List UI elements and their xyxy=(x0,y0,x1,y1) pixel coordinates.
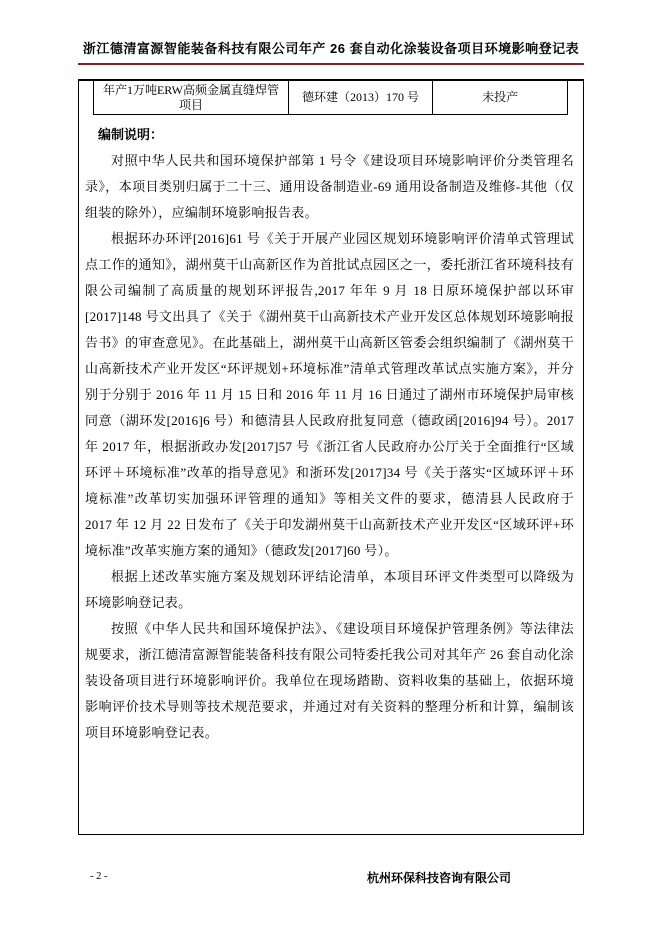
paragraph-downgrade-conclusion: 根据上述改革实施方案及规划环评结论清单，本项目环评文件类型可以降级为环境影响登记… xyxy=(85,564,574,616)
section-heading: 编制说明： xyxy=(85,122,574,148)
cell-production-status: 未投产 xyxy=(432,81,567,114)
paragraph-commission-statement: 按照《中华人民共和国环境保护法》、《建设项目环境保护管理条例》等法律法规要求，浙… xyxy=(85,616,574,746)
compilation-notes-section: 编制说明： 对照中华人民共和国环境保护部第 1 号令《建设项目环境影响评价分类管… xyxy=(79,115,583,746)
page-number: - 2 - xyxy=(90,871,108,882)
cell-project-name: 年产1万吨ERW高频金属直缝焊管项目 xyxy=(94,81,288,114)
paragraph-classification: 对照中华人民共和国环境保护部第 1 号令《建设项目环境影响评价分类管理名录》，本… xyxy=(85,148,574,226)
title-underline-rule xyxy=(78,63,584,65)
cell-approval-doc-number: 德环建（2013）170 号 xyxy=(288,81,432,114)
paragraph-policy-background: 根据环办环评[2016]61 号《关于开展产业园区规划环境影响评价清单式管理试点… xyxy=(85,226,574,564)
footer-company-name: 杭州环保科技咨询有限公司 xyxy=(367,869,511,886)
form-frame: 年产1万吨ERW高频金属直缝焊管项目 德环建（2013）170 号 未投产 编制… xyxy=(78,79,584,835)
document-title: 浙江德清富源智能装备科技有限公司年产 26 套自动化涂装设备项目环境影响登记表 xyxy=(0,38,662,57)
table-row: 年产1万吨ERW高频金属直缝焊管项目 德环建（2013）170 号 未投产 xyxy=(93,81,568,115)
